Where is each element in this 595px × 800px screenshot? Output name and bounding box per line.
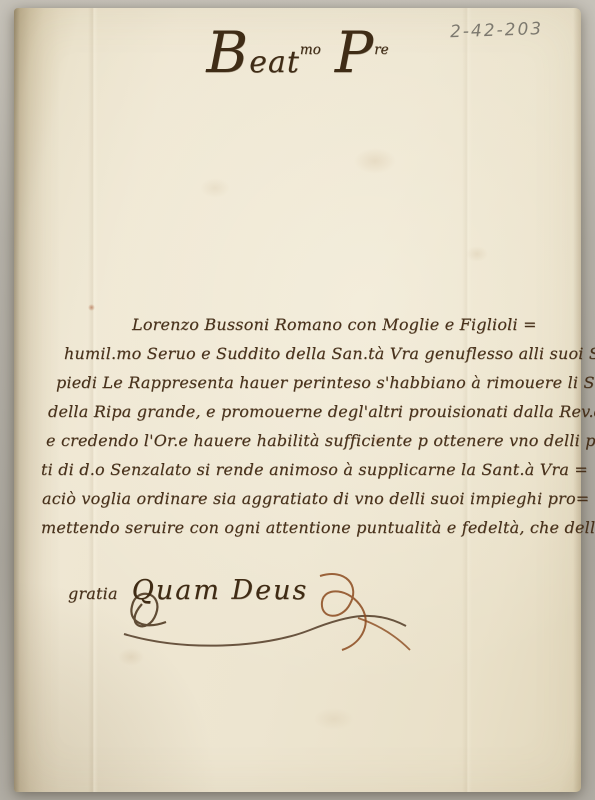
manuscript-page: 2-42-203 BeatmoPre Lorenzo Bussoni Roman…: [14, 8, 581, 792]
salutation-superscript: mo: [300, 42, 321, 58]
stain: [200, 178, 230, 198]
stain: [314, 708, 354, 730]
manuscript-line: gratia: [68, 579, 118, 608]
manuscript-line: mettendo seruire con ogni attentione pun…: [40, 513, 570, 542]
manuscript-line: e credendo l'Or.e hauere habilità suffic…: [40, 426, 570, 455]
manuscript-line: Lorenzo Bussoni Romano con Moglie e Figl…: [40, 310, 570, 339]
manuscript-line: aciò voglia ordinare sia aggratiato di v…: [40, 484, 570, 513]
closing-flourish: [114, 560, 414, 652]
stain: [354, 148, 396, 174]
salutation-superscript: re: [374, 42, 388, 58]
letter-body: Lorenzo Bussoni Romano con Moglie e Figl…: [40, 310, 570, 608]
salutation-word: P: [335, 36, 374, 80]
manuscript-line: piedi Le Rappresenta hauer perinteso s'h…: [40, 368, 570, 397]
letter-salutation: BeatmoPre: [14, 36, 581, 80]
closing-text: Quam Deus: [132, 575, 309, 606]
manuscript-line: della Ripa grande, e promouerne degl'alt…: [40, 397, 570, 426]
document-scan: 2-42-203 BeatmoPre Lorenzo Bussoni Roman…: [0, 0, 595, 800]
closing-row: gratia Quam Deus: [40, 544, 570, 608]
manuscript-line: humil.mo Seruo e Suddito della San.tà Vr…: [40, 339, 570, 368]
manuscript-line: ti di d.o Senzalato si rende animoso à s…: [40, 455, 570, 484]
salutation-word: Beat: [206, 36, 300, 80]
closing-formula: Quam Deus: [132, 576, 309, 608]
